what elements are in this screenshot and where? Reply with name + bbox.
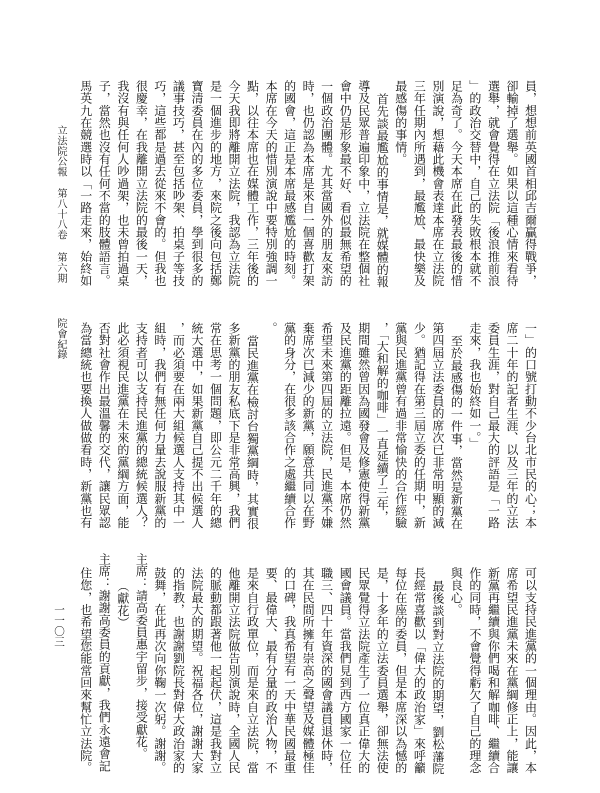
text-column: 國會議員。當我們見到西方國家一位任 xyxy=(336,567,355,774)
text-column: 導及民眾普遍印象中，立法院在整個社 xyxy=(354,80,373,287)
text-column: 一個政治團體。尤其當國外的朋友來訪 xyxy=(317,80,336,287)
text-column: 長經常喜歡以「偉大的政治家」來呼籲 xyxy=(410,567,429,774)
section-title: 院會紀錄 xyxy=(54,318,67,360)
text-column: 否對社會作出最溫馨的交代，讓民眾認 xyxy=(95,322,114,529)
volume-number: 第八十八卷 xyxy=(54,188,67,240)
text-column: 住您，也希望您能常回來幫忙立法院。 xyxy=(76,567,95,774)
text-column: 民眾覺得立法院產生了一位真正偉大的 xyxy=(354,567,373,774)
text-column: 會中仍是形象最不好、看似最無希望的 xyxy=(336,80,355,287)
text-column: 常在思考一個問題，即公元二千年的總 xyxy=(206,322,225,529)
text-column: 三年任期內所遇到，最尷尬、最快樂及 xyxy=(410,80,429,287)
text-column: 今天我即將離開立法院，我認為立法院 xyxy=(224,80,243,287)
text-column: 很慶幸，在我離開立法院的最後一天， xyxy=(132,80,151,287)
text-column: 的國會，這正是本席最感尷尬的時刻。 xyxy=(280,80,299,287)
text-column: 期間雖然曾因為國發會及修憲使得新黨 xyxy=(354,322,373,529)
text-column: ，「大和解的咖啡」一直延續了三年， xyxy=(373,322,392,529)
text-column: 最感傷的事情。 xyxy=(391,80,410,287)
text-column: 可以支持民進黨的一個理由。因此，本 xyxy=(521,567,540,774)
text-column: 議事技巧，甚至包括吵架、拍桌子等技 xyxy=(169,80,188,287)
publication-title: 立法院公報 xyxy=(54,125,67,177)
text-column: 卻輸掉了選舉。如果以這種心情來看待 xyxy=(502,80,521,287)
text-column: 員，想想前英國首相邱吉爾贏得戰爭， xyxy=(521,80,540,287)
text-column: 是來自行政單位，而是來自立法院，當 xyxy=(243,567,262,774)
speaker-line-chair: 主席：謝謝高委員的貢獻，我們永遠會記 xyxy=(95,553,114,778)
text-column: 職三、四十年資深的國會議員退休時， xyxy=(317,567,336,774)
paragraph-start-column: 首先談最尷尬的事情是，就媒體的報 xyxy=(373,80,392,287)
text-column: 新黨再繼續與你們喝和解咖啡、繼續合 xyxy=(484,567,503,774)
text-column: 的口碑，我真希望有一天中華民國最重 xyxy=(280,567,299,774)
text-tier-1: 員，想想前英國首相邱吉爾贏得戰爭， 卻輸掉了選舉。如果以這種心情來看待 選舉，就… xyxy=(76,80,540,287)
text-column: 席二十年的記者生涯、以及三年的立法 xyxy=(502,322,521,529)
text-column: 希望未來第四屆的立法院，民進黨不嫌 xyxy=(317,322,336,529)
text-column: 委員生涯，對自己最大的評語是「一路 xyxy=(484,322,503,529)
text-column: 法院最大的期望。祝福各位，謝謝大家 xyxy=(187,567,206,774)
text-column: 為當總統也要換人做做看時，新黨也有 xyxy=(76,322,95,529)
text-column: 此必須視民進黨在未來的黨綱方面，能 xyxy=(113,322,132,529)
text-column: 多新黨的朋友私底下是非常高興，我們 xyxy=(224,322,243,529)
text-column: 選舉，就會覺得在立法院「後浪推前浪 xyxy=(484,80,503,287)
text-column: 的脈動都跟著他一起起伏，這是我對立 xyxy=(206,567,225,774)
text-column: ，而必須要在兩大組候選人支持其中一 xyxy=(169,322,188,529)
text-tier-3: 可以支持民進黨的一個理由。因此，本 席希望民進黨未來在黨綱修正上，能讓 新黨再繼… xyxy=(76,567,540,774)
text-column: 每位在座的委員，但是本席深以為憾的 xyxy=(391,567,410,774)
text-column: 的指教，也謝謝劉院長對偉大政治家的 xyxy=(169,567,188,774)
text-column: 我沒有與任何人吵過架，也未曾拍過桌 xyxy=(113,80,132,287)
speaker-line-chair: 主席：請高委員惠宇留步，接受獻花。 xyxy=(132,553,151,778)
page-number: 一一〇三 xyxy=(52,604,66,647)
text-column: 及民進黨的距離拉遠。但是，本席仍然 xyxy=(336,322,355,529)
text-column: 馬英九在競選時以「一路走來，始終如 xyxy=(76,80,95,287)
text-column: 一」的口號打動不少台北市民的心；本 xyxy=(521,322,540,529)
text-column: 走來，我也始終如一。」 xyxy=(465,322,484,529)
text-column: 時，也仍認為本席是來自一個喜歡打架 xyxy=(299,80,318,287)
text-column: 是一個進步的地方，來院之後向包括鄭 xyxy=(206,80,225,287)
text-column: 足為奇了。今天本席在此發表最後的惜 xyxy=(447,80,466,287)
text-column: 他離開立法院做告別演說時，全國人民 xyxy=(224,567,243,774)
stage-direction: （獻花） xyxy=(113,567,132,774)
text-column: 黨的身分，在很多該合作之處繼續合作 xyxy=(280,322,299,529)
text-column: 寶清委員在內的多位委員，學到很多的 xyxy=(187,80,206,287)
paragraph-start-column: 當民進黨在檢討台獨黨綱時，其實很 xyxy=(243,322,262,529)
text-column: 子，當然也沒有任何不當的肢體語言。 xyxy=(95,80,114,287)
text-column: 與良心。 xyxy=(447,567,466,774)
text-column: 巧，這些都是過去從來不會的。但我也 xyxy=(150,80,169,287)
text-column: 其在民間所擁有崇高之聲望及媒體極佳 xyxy=(299,567,318,774)
text-column: 支持者可以支持民進黨的總統候選人？ xyxy=(132,322,151,529)
text-column: 第四屆立法委員的席次已非常明顯的減 xyxy=(428,322,447,529)
text-column: 少。猶記得在第三屆立委的任期中，新 xyxy=(410,322,429,529)
text-column: 席希望民進黨未來在黨綱修正上，能讓 xyxy=(502,567,521,774)
text-column: 」的政治交替中，自己的失敗根本就不 xyxy=(465,80,484,287)
text-column: 作的同時，不會覺得虧欠了自己的理念 xyxy=(465,567,484,774)
text-column: 。 xyxy=(262,322,281,529)
text-column: 是，十多年的立法委員選舉，卻無法使 xyxy=(373,567,392,774)
text-column: 黨與民進黨曾有過非常愉快的合作經驗 xyxy=(391,322,410,529)
gazette-page: 立法院公報 第八十八卷 第六期 院會紀錄 員，想想前英國首相邱吉爾贏得戰爭， 卻… xyxy=(0,0,600,793)
paragraph-start-column: 至於最感傷的一件事，當然是新黨在 xyxy=(447,322,466,529)
paragraph-start-column: 最後談到對立法院的期望，劉松藩院 xyxy=(428,567,447,774)
issue-number: 第六期 xyxy=(54,252,67,283)
text-tier-2: 一」的口號打動不少台北市民的心；本 席二十年的記者生涯、以及三年的立法 委員生涯… xyxy=(76,322,540,529)
text-column: 棄席次已減少的新黨，願意共同以在野 xyxy=(299,322,318,529)
text-column: 點，以往本席也在媒體工作，三年後的 xyxy=(243,80,262,287)
text-column: 別演說，想藉此機會表達本席在立法院 xyxy=(428,80,447,287)
text-column: 鼓舞，在此再次向你鞠一次躬。謝謝。 xyxy=(150,567,169,774)
text-column: 要、最偉大、最有分量的政治人物，不 xyxy=(262,567,281,774)
text-column: 本席在今天的惜別演說中要特別強調一 xyxy=(262,80,281,287)
text-column: 統大選中，如果新黨自己提不出候選人 xyxy=(187,322,206,529)
text-column: 組時，我們有無任何力量去說服新黨的 xyxy=(150,322,169,529)
